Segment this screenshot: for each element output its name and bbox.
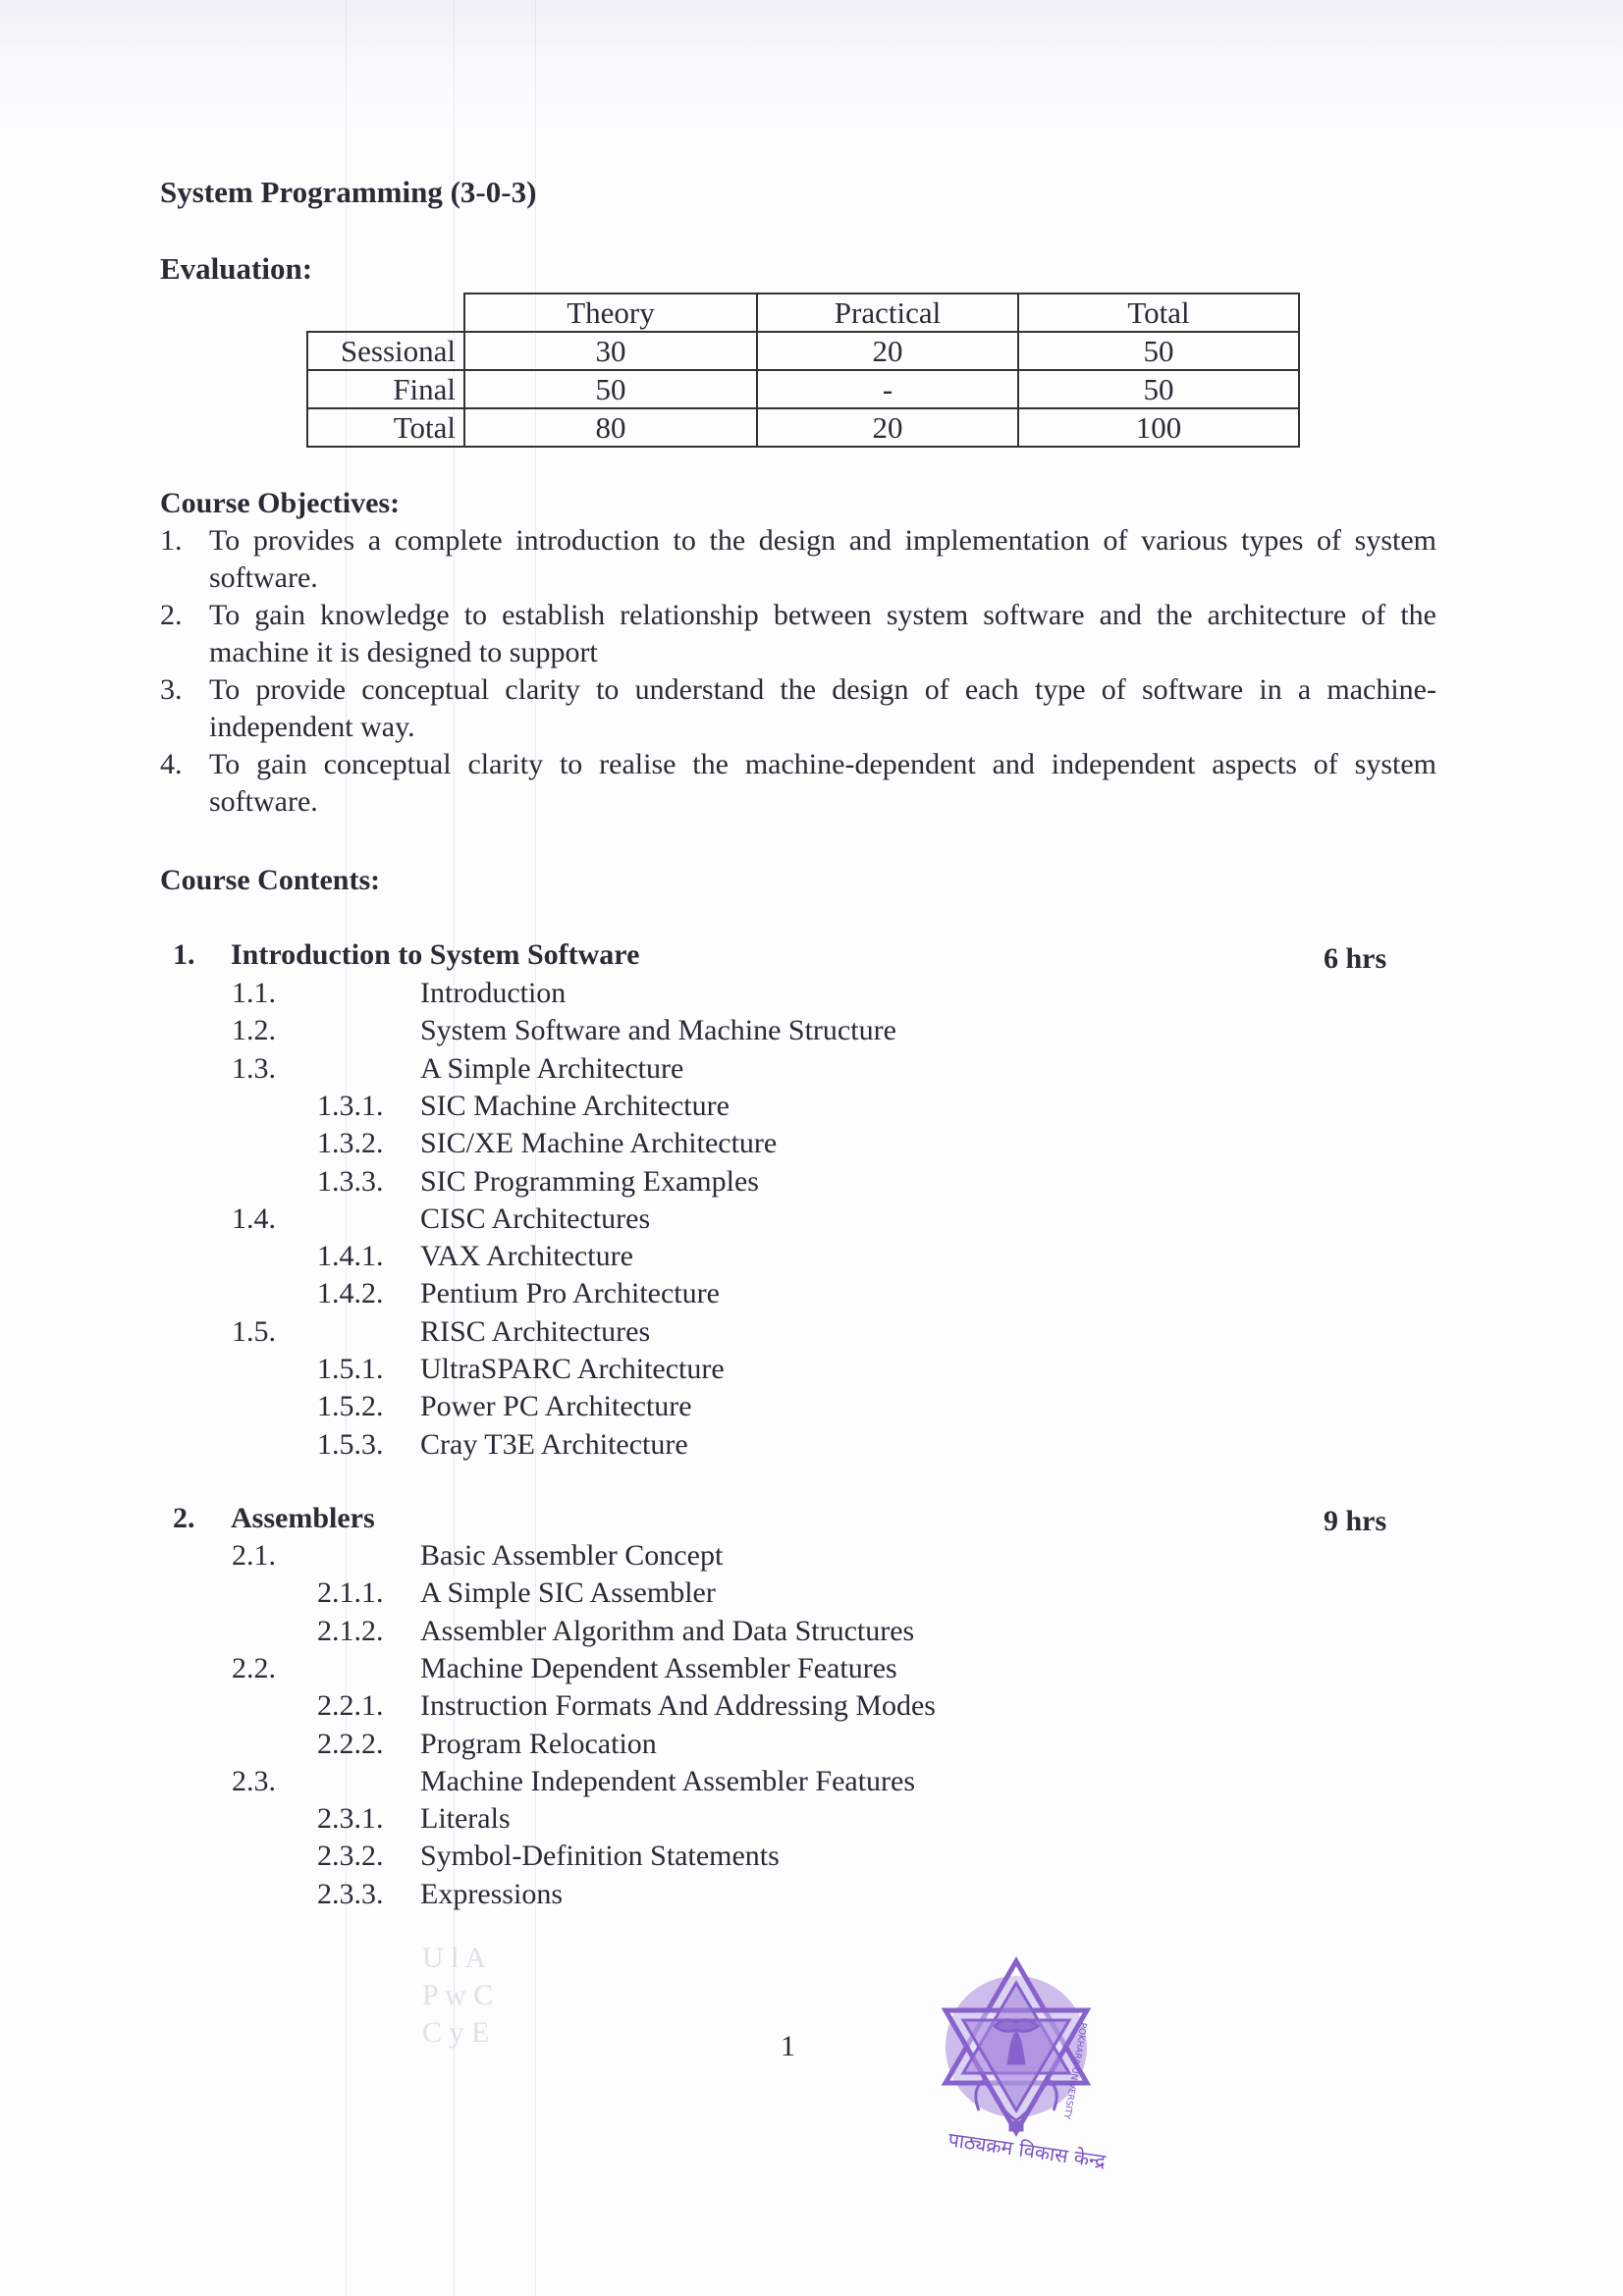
unit-number: 2.	[173, 1502, 195, 1535]
topic-number: 2.1.2.	[317, 1615, 384, 1648]
svg-text:पाठ्यक्रम विकास केन्द्र: पाठ्यक्रम विकास केन्द्र	[947, 2127, 1108, 2169]
column-header: Total	[1018, 294, 1299, 332]
contents-heading: Course Contents:	[160, 864, 380, 897]
objective-item: 4. To gain conceptual clarity to realise…	[160, 746, 1436, 821]
university-seal-stamp-icon: पाठ्यक्रम विकास केन्द्र POKHARA UNIVERSI…	[918, 1953, 1114, 2169]
objective-number: 4.	[160, 746, 183, 783]
objectives-list: 1. To provides a complete introduction t…	[160, 522, 1436, 821]
objective-text: To provide conceptual clarity to underst…	[209, 673, 1436, 743]
table-cell: 20	[757, 332, 1018, 370]
topic-number: 1.5.	[232, 1315, 276, 1349]
row-header: Sessional	[307, 332, 464, 370]
objectives-heading: Course Objectives:	[160, 487, 400, 520]
topic-number: 1.3.3.	[317, 1165, 384, 1199]
bleed-through-text: U l A	[422, 1942, 486, 1975]
table-cell: 50	[1018, 370, 1299, 408]
topic-number: 2.2.2.	[317, 1728, 384, 1761]
table-cell: 30	[464, 332, 757, 370]
topic-number: 2.2.	[232, 1652, 276, 1685]
topic-text: SIC/XE Machine Architecture	[420, 1127, 777, 1160]
topic-number: 1.2.	[232, 1014, 276, 1047]
unit-title: Assemblers	[231, 1502, 375, 1535]
table-cell: -	[757, 370, 1018, 408]
topic-number: 2.3.1.	[317, 1802, 384, 1836]
unit-number: 1.	[173, 938, 195, 972]
table-row: Total 80 20 100	[307, 408, 1299, 447]
topic-number: 2.2.1.	[317, 1689, 384, 1723]
table-cell: 50	[1018, 332, 1299, 370]
topic-text: Instruction Formats And Addressing Modes	[420, 1689, 936, 1723]
column-header: Theory	[464, 294, 757, 332]
objective-item: 1. To provides a complete introduction t…	[160, 522, 1436, 597]
topic-text: Introduction	[420, 977, 566, 1010]
topic-text: Expressions	[420, 1878, 563, 1911]
objective-number: 2.	[160, 597, 183, 634]
course-title: System Programming (3-0-3)	[160, 175, 536, 210]
bleed-through-text: C y E	[422, 2016, 489, 2050]
topic-number: 2.1.1.	[317, 1576, 384, 1610]
topic-text: SIC Programming Examples	[420, 1165, 759, 1199]
unit-hours: 6 hrs	[1324, 942, 1386, 976]
topic-text: Symbol-Definition Statements	[420, 1840, 780, 1873]
table-row: Final 50 - 50	[307, 370, 1299, 408]
objective-number: 3.	[160, 671, 183, 709]
topic-text: SIC Machine Architecture	[420, 1090, 730, 1123]
bleed-through-text: P w C	[422, 1979, 493, 2012]
topic-text: Program Relocation	[420, 1728, 657, 1761]
table-cell: 100	[1018, 408, 1299, 447]
objective-item: 3. To provide conceptual clarity to unde…	[160, 671, 1436, 746]
topic-number: 1.5.1.	[317, 1353, 384, 1386]
topic-text: RISC Architectures	[420, 1315, 650, 1349]
page-number: 1	[781, 2030, 795, 2063]
table-cell: 20	[757, 408, 1018, 447]
topic-number: 1.3.	[232, 1052, 276, 1086]
unit-hours: 9 hrs	[1324, 1505, 1386, 1538]
table-cell: 80	[464, 408, 757, 447]
objective-number: 1.	[160, 522, 183, 560]
topic-text: Literals	[420, 1802, 511, 1836]
topic-text: CISC Architectures	[420, 1202, 650, 1236]
table-corner	[307, 294, 464, 332]
objective-text: To gain knowledge to establish relations…	[209, 599, 1436, 668]
topic-number: 1.4.2.	[317, 1277, 384, 1310]
topic-number: 1.4.1.	[317, 1240, 384, 1273]
objective-text: To gain conceptual clarity to realise th…	[209, 748, 1436, 818]
evaluation-label: Evaluation:	[160, 251, 312, 287]
topic-text: Machine Independent Assembler Features	[420, 1765, 915, 1798]
topic-number: 1.4.	[232, 1202, 276, 1236]
objective-item: 2. To gain knowledge to establish relati…	[160, 597, 1436, 671]
row-header: Total	[307, 408, 464, 447]
topic-number: 2.1.	[232, 1539, 276, 1573]
topic-number: 2.3.3.	[317, 1878, 384, 1911]
topic-text: Basic Assembler Concept	[420, 1539, 723, 1573]
topic-text: UltraSPARC Architecture	[420, 1353, 725, 1386]
topic-text: A Simple SIC Assembler	[420, 1576, 716, 1610]
topic-text: Machine Dependent Assembler Features	[420, 1652, 897, 1685]
topic-text: Pentium Pro Architecture	[420, 1277, 720, 1310]
unit-title: Introduction to System Software	[231, 938, 639, 972]
topic-text: System Software and Machine Structure	[420, 1014, 896, 1047]
topic-number: 2.3.	[232, 1765, 276, 1798]
column-header: Practical	[757, 294, 1018, 332]
objective-text: To provides a complete introduction to t…	[209, 524, 1436, 594]
topic-number: 1.1.	[232, 977, 276, 1010]
topic-number: 2.3.2.	[317, 1840, 384, 1873]
table-cell: 50	[464, 370, 757, 408]
topic-text: VAX Architecture	[420, 1240, 633, 1273]
topic-number: 1.5.2.	[317, 1390, 384, 1423]
table-header-row: Theory Practical Total	[307, 294, 1299, 332]
topic-text: A Simple Architecture	[420, 1052, 683, 1086]
topic-number: 1.3.2.	[317, 1127, 384, 1160]
topic-number: 1.5.3.	[317, 1428, 384, 1462]
row-header: Final	[307, 370, 464, 408]
topic-text: Assembler Algorithm and Data Structures	[420, 1615, 914, 1648]
topic-text: Cray T3E Architecture	[420, 1428, 688, 1462]
table-row: Sessional 30 20 50	[307, 332, 1299, 370]
topic-text: Power PC Architecture	[420, 1390, 692, 1423]
evaluation-table: Theory Practical Total Sessional 30 20 5…	[306, 293, 1300, 448]
topic-number: 1.3.1.	[317, 1090, 384, 1123]
